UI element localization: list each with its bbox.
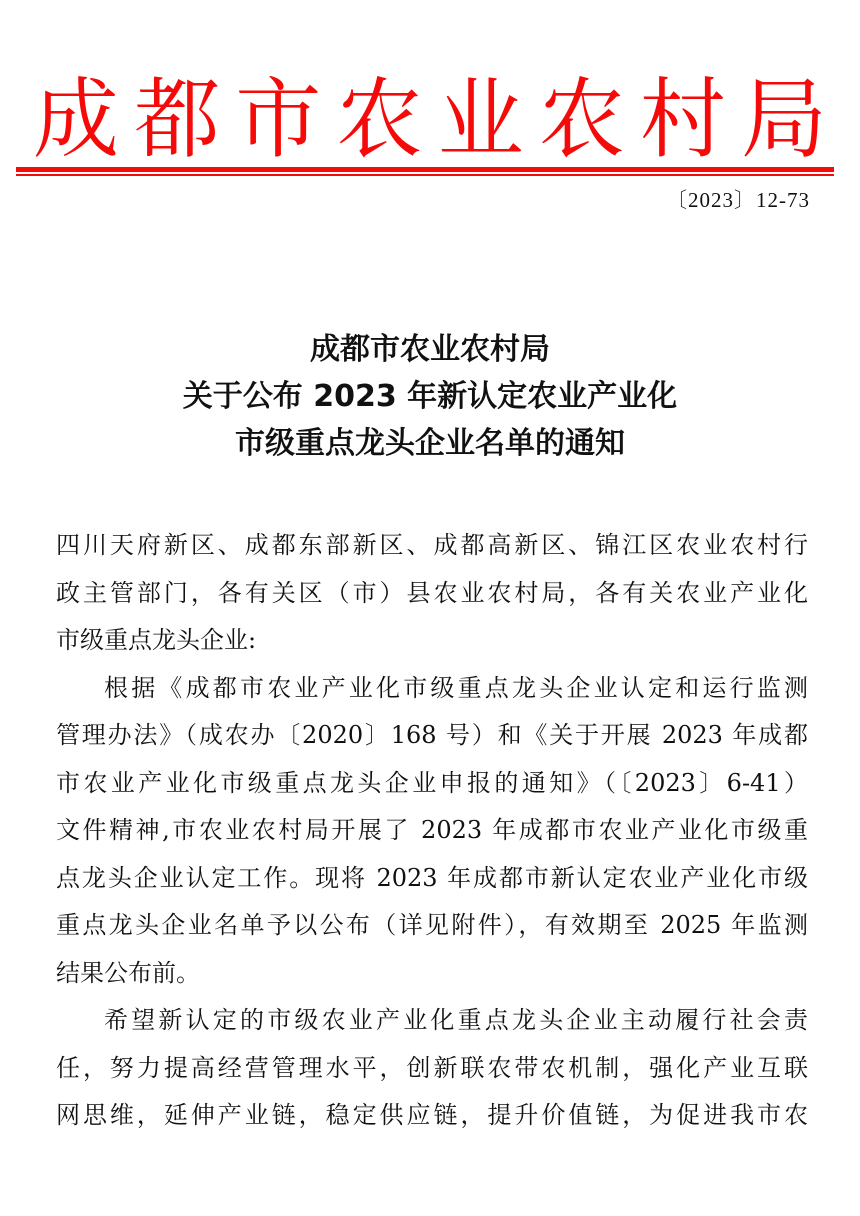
salutation-line: 市级重点龙头企业: (56, 617, 808, 665)
paragraph-line: 根据《成都市农业产业化市级重点龙头企业认定和运行监测 (56, 665, 808, 713)
masthead-char: 村 (637, 71, 729, 169)
paragraph-line: 任，努力提高经营管理水平，创新联农带农机制，强化产业互联 (56, 1045, 808, 1093)
paragraph-line: 重点龙头企业名单予以公布（详见附件），有效期至 2025 年监测 (56, 902, 808, 950)
notice-title: 成都市农业农村局 关于公布 2023 年新认定农业产业化 市级重点龙头企业名单的… (0, 326, 860, 467)
salutation-line: 政主管部门，各有关区（市）县农业农村局，各有关农业产业化 (56, 570, 808, 618)
masthead-char: 市 (232, 71, 324, 169)
document-number: 〔2023〕12-73 (666, 184, 810, 214)
document-page: 成 都 市 农 业 农 村 局 〔2023〕12-73 成都市农业农村局 关于公… (0, 0, 860, 1216)
paragraph-line: 管理办法》（成农办〔2020〕168 号）和《关于开展 2023 年成都 (56, 712, 808, 760)
paragraph-line: 希望新认定的市级农业产业化重点龙头企业主动履行社会责 (56, 997, 808, 1045)
masthead-char: 农 (536, 71, 628, 169)
masthead-char: 农 (333, 71, 425, 169)
title-line: 成都市农业农村局 (0, 326, 860, 373)
paragraph-line: 点龙头企业认定工作。现将 2023 年成都市新认定农业产业化市级 (56, 855, 808, 903)
masthead-char: 成 (30, 71, 122, 169)
paragraph-line: 文件精神,市农业农村局开展了 2023 年成都市农业产业化市级重 (56, 807, 808, 855)
notice-body: 四川天府新区、成都东部新区、成都高新区、锦江区农业农村行 政主管部门，各有关区（… (56, 522, 808, 1140)
salutation-line: 四川天府新区、成都东部新区、成都高新区、锦江区农业农村行 (56, 522, 808, 570)
title-line: 关于公布 2023 年新认定农业产业化 (0, 373, 860, 420)
paragraph-line: 市农业产业化市级重点龙头企业申报的通知》（〔2023〕6-41） (56, 760, 808, 808)
masthead-title: 成 都 市 农 业 农 村 局 (30, 71, 830, 169)
masthead-char: 都 (131, 71, 223, 169)
masthead-char: 局 (738, 71, 830, 169)
masthead-char: 业 (435, 71, 527, 169)
masthead-divider-thick (16, 167, 834, 172)
title-line: 市级重点龙头企业名单的通知 (0, 420, 860, 467)
masthead-divider-thin (16, 174, 834, 176)
paragraph-line: 结果公布前。 (56, 950, 808, 998)
paragraph-line: 网思维，延伸产业链，稳定供应链，提升价值链，为促进我市农 (56, 1092, 808, 1140)
